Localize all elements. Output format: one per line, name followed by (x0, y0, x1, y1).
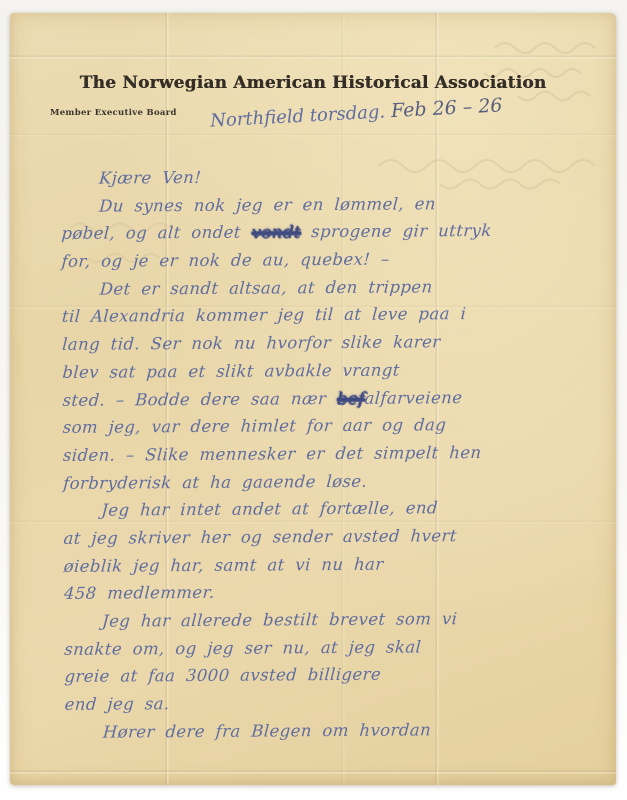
handwritten-line: Kjære Ven! (60, 161, 607, 193)
letter-body: Kjære Ven!Du synes nok jeg er en lømmel,… (60, 161, 609, 746)
handwritten-line: end jeg sa. (64, 687, 611, 719)
letter-page: The Norwegian American Historical Associ… (10, 13, 616, 785)
handwritten-line: for, og je er nok de au, quebex! – (61, 244, 608, 276)
handwritten-line: Jeg har intet andet at fortælle, end (62, 493, 609, 525)
fold-crease-horizontal-upper (10, 133, 616, 137)
handwritten-line: Du synes nok jeg er en lømmel, en (60, 189, 607, 221)
handwritten-line: greie at faa 3000 avsted billigere (64, 659, 611, 691)
scribbled-out-word: vondt (251, 223, 301, 242)
handwritten-line: snakte om, og jeg ser nu, at jeg skal (63, 632, 610, 664)
handwritten-line: at jeg skriver her og sender avsted hver… (63, 521, 610, 553)
fold-crease-horizontal-top (10, 55, 616, 59)
handwritten-dateline: Northfield torsdag.Feb 26 – 26 (210, 92, 541, 131)
handwritten-line: Det er sandt altsaa, at den trippen (61, 272, 608, 304)
handwritten-line: forbryderisk at ha gaaende løse. (62, 466, 609, 498)
handwritten-line: pøbel, og alt ondet vondt sprogene gir u… (61, 216, 608, 248)
handwritten-line: Jeg har allerede bestilt brevet som vi (63, 604, 610, 636)
dateline-date: Feb 26 – 26 (390, 94, 503, 122)
scribbled-out-word: bef (336, 388, 365, 407)
scan-background: The Norwegian American Historical Associ… (0, 0, 627, 800)
dateline-place-day: Northfield torsdag. (210, 101, 386, 131)
letterhead-member-line: Member Executive Board (50, 108, 177, 118)
handwritten-line: blev sat paa et slikt avbakle vrangt (62, 355, 609, 387)
letterhead-title: The Norwegian American Historical Associ… (10, 73, 616, 93)
handwritten-line: sted. – Bodde dere saa nær befalfarveien… (62, 383, 609, 415)
handwritten-line: øieblik jeg har, samt at vi nu har (63, 549, 610, 581)
fold-crease-horizontal-bottom (10, 770, 616, 774)
handwritten-line: siden. – Slike mennesker er det simpelt … (62, 438, 609, 470)
handwritten-line: Hører dere fra Blegen om hvordan (64, 715, 611, 747)
handwritten-line: lang tid. Ser nok nu hvorfor slike karer (61, 327, 608, 359)
handwritten-line: til Alexandria kommer jeg til at leve pa… (61, 300, 608, 332)
handwritten-line: som jeg, var dere himlet for aar og dag (62, 410, 609, 442)
handwritten-line: 458 medlemmer. (63, 576, 610, 608)
